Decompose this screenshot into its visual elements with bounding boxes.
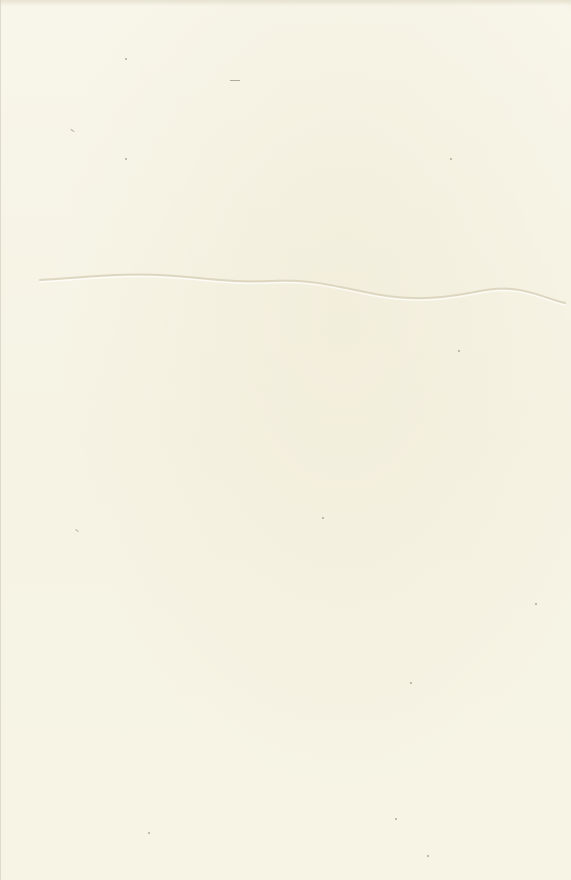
speck [148,832,150,834]
speck [395,818,397,820]
blank-paper-sheet [0,0,571,880]
speck [125,158,127,160]
speck [75,529,79,532]
speck [535,603,537,605]
speck [125,58,127,60]
top-edge-shadow [0,0,571,6]
speck [410,682,412,684]
speck [322,517,324,519]
speck [450,158,452,160]
speck [458,350,460,352]
speck [230,80,240,81]
speck [70,129,75,133]
paper-crease [0,255,571,315]
speck [427,855,429,857]
